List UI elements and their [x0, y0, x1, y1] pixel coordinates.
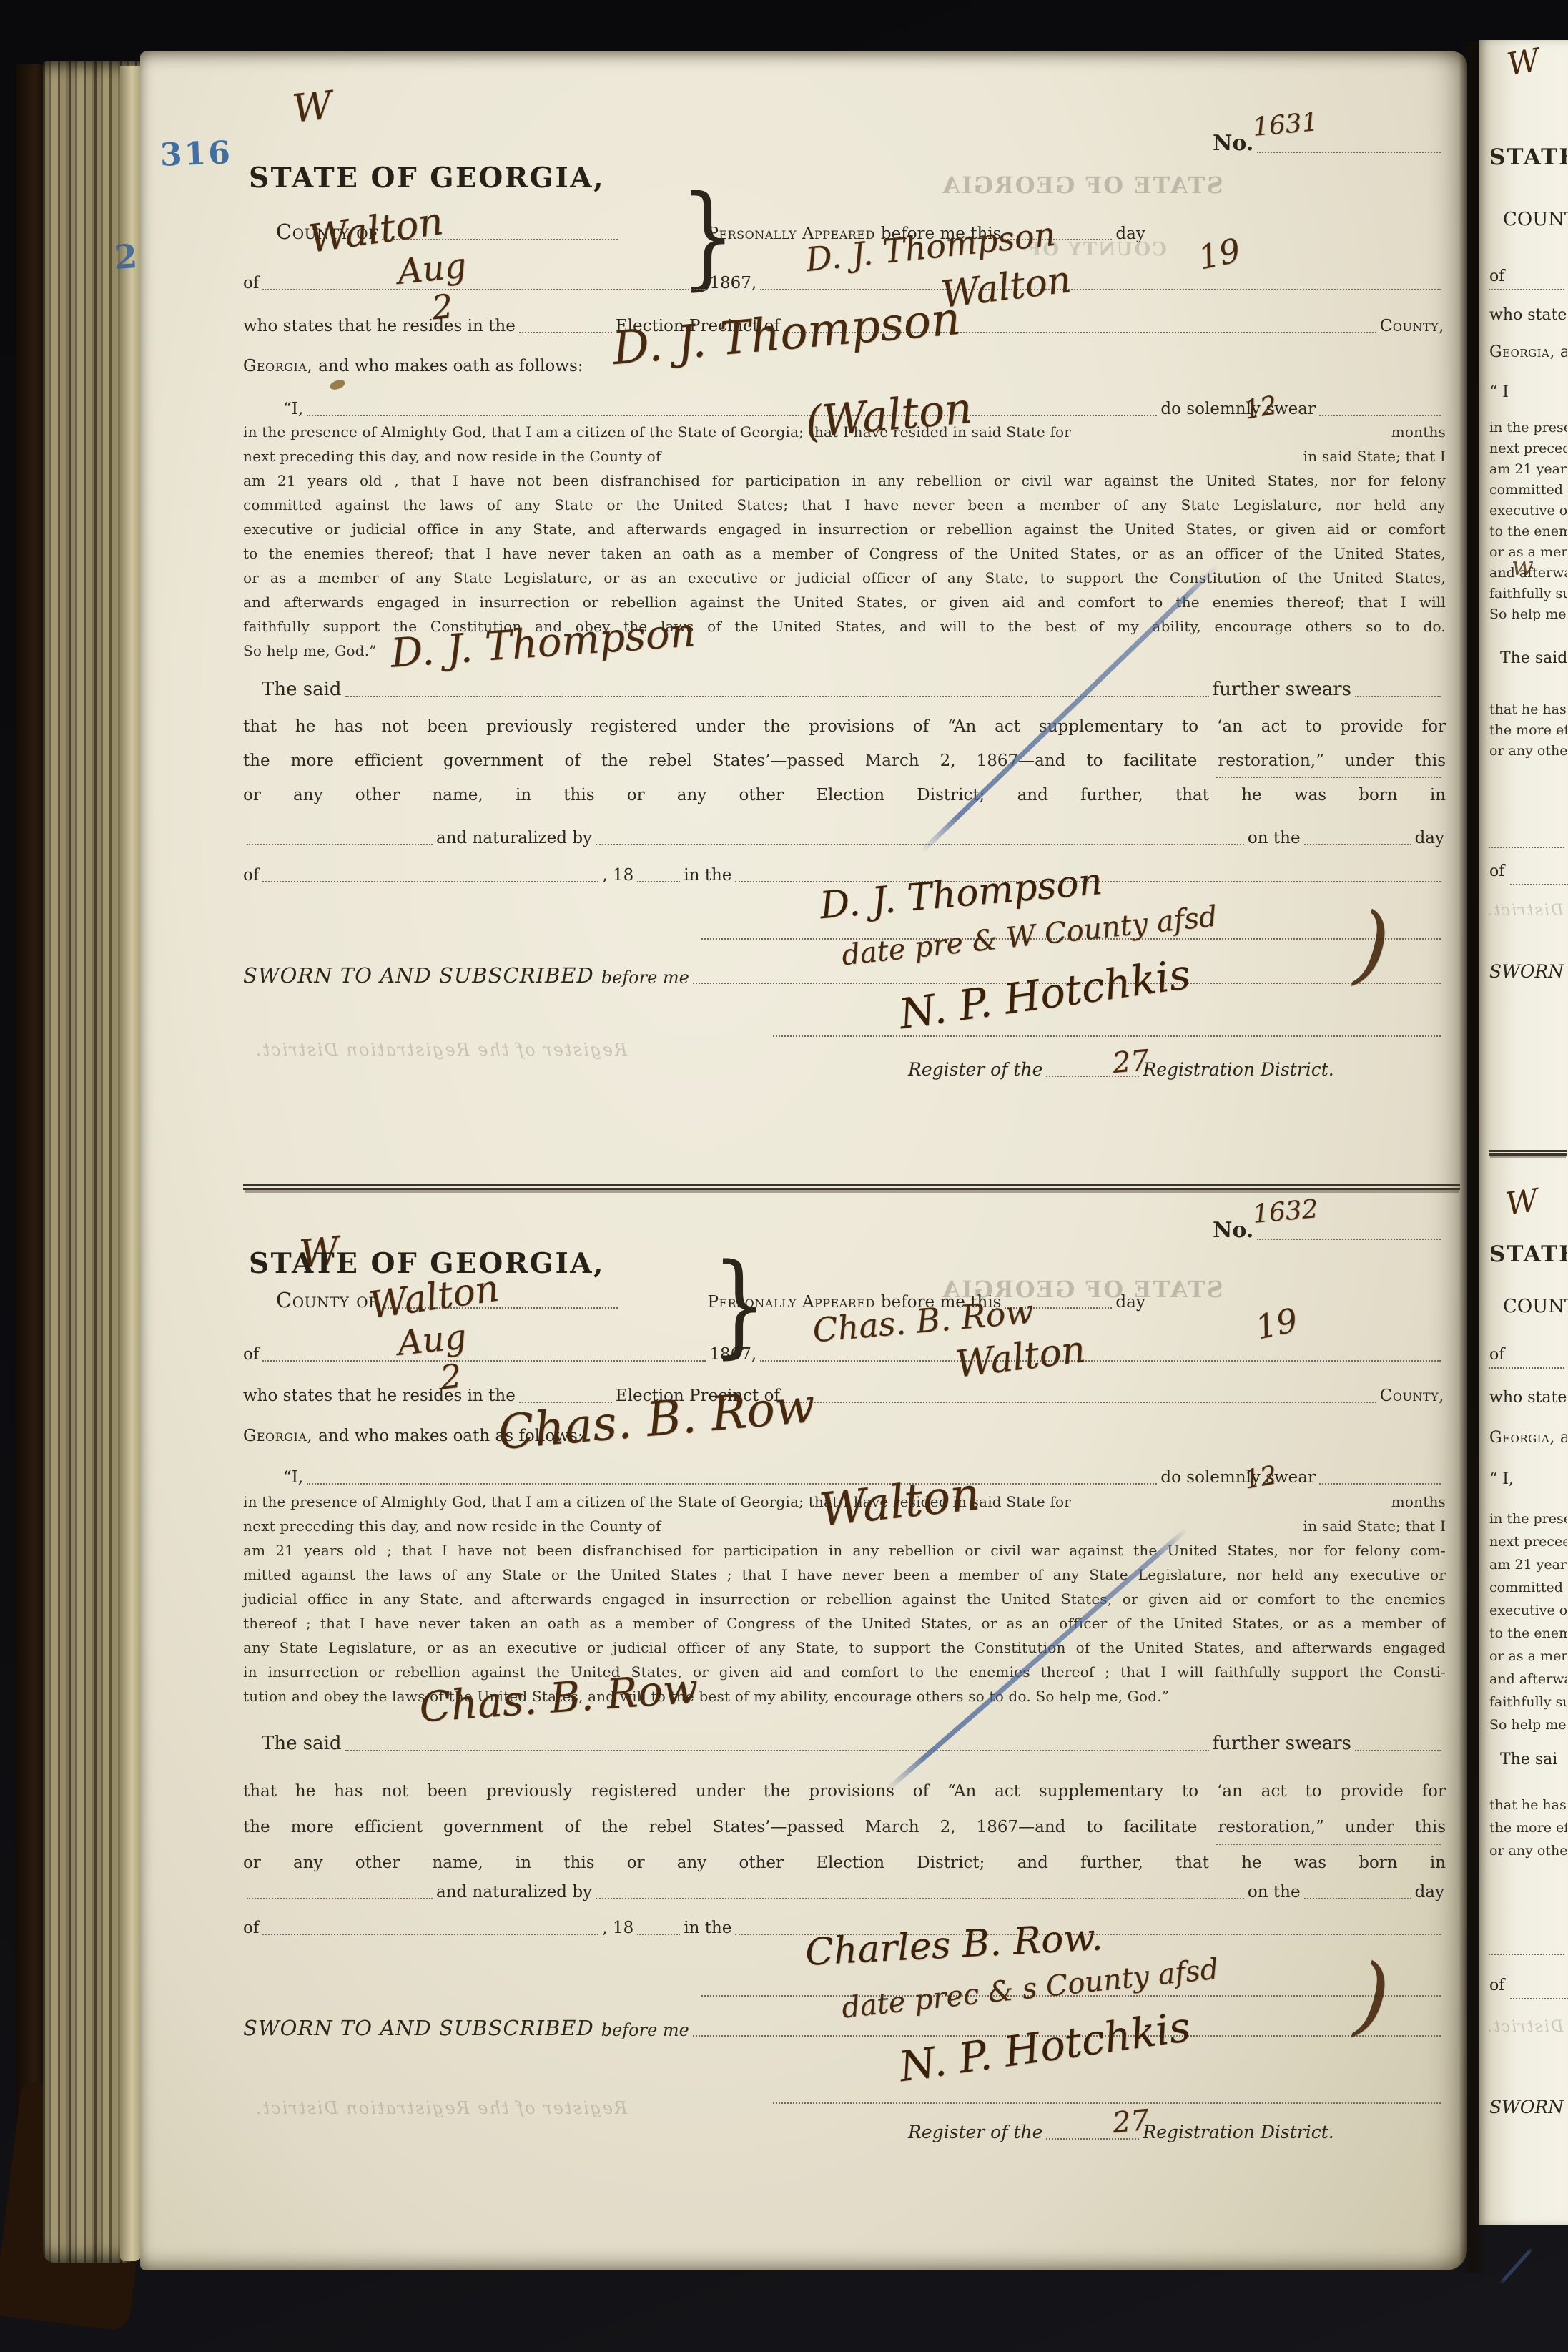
- dotted-line: [247, 1896, 433, 1899]
- right-oath-line: So help me, God.”: [1489, 604, 1567, 625]
- left-page: 316 STATE OF GEORGIA COUNTY OF Register …: [140, 51, 1467, 2270]
- dotted-line: [247, 842, 433, 845]
- pen-flourish-2: ): [1352, 1946, 1392, 2047]
- on-the-label-1: on the: [1248, 830, 1301, 848]
- right-oath-line: in the presence o: [1489, 1507, 1567, 1530]
- resides-row-2: who states that he resides in the Electi…: [243, 1387, 1444, 1406]
- right-reg-line: that he has: [1489, 1793, 1567, 1816]
- dotted-line: [1489, 1954, 1564, 1955]
- dotted-line: [1319, 1482, 1441, 1485]
- in-the-label-1: in the: [684, 867, 731, 885]
- before-me-label-2: before me: [601, 2021, 689, 2040]
- right-of-b: of: [1489, 1346, 1567, 1364]
- right-sworn-b: SWORN T: [1489, 2097, 1567, 2117]
- right-reg-line: that he has no: [1489, 699, 1567, 720]
- dotted-line: [262, 880, 598, 882]
- dotted-line: [773, 1034, 1441, 1037]
- right-oath-line: to the enemies t: [1489, 1622, 1567, 1645]
- further-swears-label-2: further swears: [1213, 1733, 1351, 1754]
- right-oath-line: executive or judici: [1489, 501, 1567, 521]
- right-georgia-a: Georgia, and v: [1489, 343, 1567, 361]
- right-reg-line: or any other n: [1489, 741, 1567, 762]
- right-reg-paragraph-a: that he has nothe more efficior any othe…: [1489, 699, 1567, 762]
- dotted-line: [262, 1359, 706, 1362]
- right-reg-line: or any other: [1489, 1839, 1567, 1862]
- right-county-a: COUNT: [1503, 209, 1568, 230]
- right-reg-line: the more effici: [1489, 720, 1567, 741]
- right-oath-line: and afterwards: [1489, 1668, 1567, 1691]
- dotted-line: [1304, 842, 1411, 845]
- naturalized-row-1: and naturalized by on the day: [243, 830, 1444, 848]
- page-edge-highlight: [120, 66, 142, 2261]
- right-resides-b: who states th: [1489, 1389, 1567, 1407]
- right-of2-a: of: [1489, 862, 1567, 880]
- born-in-dots-2: [1213, 1842, 1444, 1848]
- dotted-line: [262, 287, 706, 290]
- 18-label-1: , 18: [602, 867, 633, 885]
- register-row-1: Register of the Registration District.: [908, 1060, 1444, 1080]
- showthrough-right-b: tion District.: [1486, 2018, 1568, 2036]
- dotted-line: [596, 842, 1244, 845]
- district-number-handwriting-2: 27: [1111, 2104, 1150, 2140]
- day-label-2: day: [1115, 1294, 1145, 1312]
- supplementary-act-paragraph-1: that he has not been previously register…: [243, 709, 1446, 812]
- county-of-label-2: County of: [276, 1289, 378, 1312]
- dotted-line: [307, 1482, 1157, 1485]
- oath-line: committed against the laws of any State …: [243, 496, 1446, 521]
- day-value-handwriting-2: 19: [1252, 1301, 1301, 1347]
- dotted-line: [1216, 1842, 1441, 1845]
- the-said-label-1: The said: [262, 679, 342, 700]
- right-i-b: “ I,: [1489, 1470, 1567, 1488]
- registration-district-label-2: Registration District.: [1143, 2122, 1333, 2142]
- right-reg-line: the more eff: [1489, 1816, 1567, 1839]
- monogram-handwriting-1: W: [290, 82, 335, 131]
- day-label-1b: day: [1415, 830, 1444, 848]
- right-georgia-word-a: Georgia,: [1489, 343, 1555, 361]
- naturalized-row-2: and naturalized by on the day: [243, 1884, 1444, 1902]
- right-georgia-rest-a: and v: [1560, 343, 1567, 361]
- showthrough-register-1: Register of the Registration District.: [255, 1040, 627, 1060]
- supplementary-act-line: or any other name, in this or any other …: [243, 1845, 1446, 1881]
- i-label-1: “I,: [283, 400, 303, 419]
- further-swears-label-1: further swears: [1213, 679, 1351, 700]
- georgia-row-2: Georgia, and who makes oath as follows:: [243, 1427, 1444, 1446]
- county-suffix-2: County,: [1380, 1387, 1444, 1406]
- ink-blot: [329, 378, 347, 392]
- edge-number-stamp: 2: [113, 237, 139, 277]
- month-value-handwriting-1: Aug: [395, 245, 468, 292]
- right-page: W STATE O COUNT of who states tha Georgi…: [1479, 40, 1568, 2225]
- register-of-the-label-2: Register of the: [908, 2122, 1042, 2142]
- dotted-line: [1355, 1748, 1441, 1751]
- dotted-line: [1489, 1367, 1564, 1369]
- dotted-line: [345, 1748, 1209, 1751]
- register-signature-line-2: [769, 2101, 1444, 2107]
- dotted-line: [1216, 775, 1441, 778]
- right-said-b: The sai: [1500, 1751, 1568, 1768]
- georgia-word-1: Georgia,: [243, 358, 312, 376]
- right-oath-paragraph-a: in the presence onext preceding thiam 21…: [1489, 418, 1567, 625]
- right-form-divider: [1489, 1150, 1567, 1156]
- page-number-stamp: 316: [159, 134, 233, 173]
- monogram-handwriting-right-top: W: [1504, 41, 1542, 83]
- header-row-2: STATE OF GEORGIA,: [243, 1249, 1444, 1280]
- right-georgia-rest-b: and: [1560, 1429, 1567, 1447]
- dotted-line: [307, 413, 1157, 416]
- header-row-1: STATE OF GEORGIA,: [243, 163, 1444, 195]
- year-label-1: 1867,: [709, 275, 756, 293]
- supplementary-act-paragraph-2: that he has not been previously register…: [243, 1773, 1446, 1881]
- dotted-line: [1304, 1896, 1411, 1899]
- dotted-line: [784, 1400, 1376, 1403]
- dotted-line: [596, 1896, 1244, 1899]
- showthrough-register-2: Register of the Registration District.: [255, 2098, 627, 2118]
- georgia-row-1: Georgia, and who makes oath as follows:: [243, 358, 1444, 376]
- oath-line: next preceding this day, and now reside …: [243, 448, 1446, 472]
- register-signature-handwriting-2: N. P. Hotchkis: [896, 2002, 1193, 2091]
- right-of-a: of: [1489, 267, 1567, 285]
- months-value-handwriting-2: 12: [1242, 1460, 1279, 1495]
- record-number-row-2: No.: [1213, 1219, 1444, 1243]
- right-header-a: STATE O: [1489, 144, 1567, 170]
- dotted-line: [1257, 1237, 1441, 1240]
- oath-line: or as a member of any State Legislature,…: [243, 569, 1446, 594]
- right-header-b: STATE C: [1489, 1241, 1567, 1267]
- naturalized-label-2: and naturalized by: [436, 1884, 592, 1902]
- oath-line: and afterwards engaged in insurrection o…: [243, 594, 1446, 618]
- sworn-subscribed-label-1: SWORN TO AND SUBSCRIBED: [243, 964, 594, 987]
- registration-district-label-1: Registration District.: [1143, 1060, 1333, 1080]
- right-oath-paragraph-b: in the presence onext preceeding tam 21 …: [1489, 1507, 1567, 1736]
- record-number-value-2: 1632: [1251, 1194, 1319, 1229]
- oath-line: executive or judicial office in any Stat…: [243, 521, 1446, 545]
- right-oath-line: committed agains: [1489, 480, 1567, 501]
- dotted-line: [637, 1932, 680, 1935]
- dotted-line: [1510, 884, 1568, 885]
- right-oath-line: next preceeding t: [1489, 1530, 1567, 1553]
- right-oath-line: So help me, God.: [1489, 1713, 1567, 1736]
- district-number-handwriting-1: 27: [1111, 1044, 1150, 1080]
- dotted-line: [1489, 847, 1564, 848]
- oath-line2-post: in said State; that I: [1303, 448, 1446, 465]
- oath-line: am 21 years old , that I have not been d…: [243, 472, 1446, 496]
- i-label-2: “I,: [283, 1469, 303, 1487]
- record-number-value-1: 1631: [1251, 107, 1319, 142]
- of-label-2b: of: [243, 1919, 259, 1938]
- naturalized-label-1: and naturalized by: [436, 830, 592, 848]
- dotted-line: [1319, 413, 1441, 416]
- supplementary-act-line: that he has not been previously register…: [243, 709, 1446, 744]
- of-label-2: of: [243, 1346, 259, 1364]
- book-photo: 2 316 STATE OF GEORGIA COUNTY OF Registe…: [0, 0, 1568, 2352]
- supplementary-act-line: the more efficient government of the reb…: [243, 1809, 1446, 1845]
- georgia-rest-1: and who makes oath as follows:: [318, 358, 583, 376]
- dotted-line: [262, 1932, 598, 1935]
- oath-line: any State Legislature, or as an executiv…: [243, 1639, 1446, 1663]
- 18-label-2: , 18: [602, 1919, 633, 1938]
- day-label-2b: day: [1415, 1884, 1444, 1902]
- register-of-the-label-1: Register of the: [908, 1060, 1042, 1080]
- day-value-handwriting-1: 19: [1195, 231, 1243, 277]
- solemnly-swear-label-1: do solemnly swear: [1160, 400, 1316, 419]
- right-said-a: The said: [1500, 649, 1568, 667]
- supplementary-act-line: or any other name, in this or any other …: [243, 778, 1446, 812]
- right-county-b: COUNT: [1503, 1296, 1568, 1317]
- right-oath-line: committed agai: [1489, 1576, 1567, 1599]
- oath-line: judicial office in any State, and afterw…: [243, 1590, 1446, 1615]
- right-georgia-word-b: Georgia,: [1489, 1429, 1555, 1447]
- blue-pencil-mark-corner: [1499, 2248, 1534, 2285]
- no-label-2: No.: [1213, 1219, 1253, 1243]
- dotted-line: [1355, 694, 1441, 697]
- oath-line: thereof ; that I have never taken an oat…: [243, 1615, 1446, 1639]
- dotted-line: [1257, 150, 1441, 153]
- register-signature-handwriting-1: N. P. Hotchkis: [896, 950, 1193, 1038]
- right-georgia-b: Georgia, and: [1489, 1429, 1567, 1447]
- the-said-label-2: The said: [262, 1733, 342, 1754]
- oath-line2-text: next preceding this day, and now reside …: [243, 448, 661, 465]
- said-row-1: The said further swears: [243, 679, 1444, 700]
- resides-label-2: who states that he resides in the: [243, 1387, 516, 1406]
- right-oath-line: to the enemies the: [1489, 521, 1567, 542]
- precinct-number-handwriting-2: 2: [438, 1357, 463, 1397]
- months-label-1: months: [1391, 423, 1446, 441]
- before-me-label-1: before me: [601, 968, 689, 988]
- dotted-line: [773, 2101, 1441, 2104]
- dotted-line: [519, 330, 612, 333]
- oath-line: mitted against the laws of any State or …: [243, 1566, 1446, 1590]
- record-number-row-1: No.: [1213, 132, 1444, 156]
- right-oath-line: faithfully suppo: [1489, 1691, 1567, 1713]
- right-of2-b: of: [1489, 1977, 1567, 1994]
- register-signature-line-1: [769, 1034, 1444, 1040]
- dotted-line: [760, 1359, 1441, 1362]
- day-label-1: day: [1115, 225, 1145, 244]
- solemnly-swear-label-2: do solemnly swear: [1160, 1469, 1316, 1487]
- of-label-1b: of: [243, 867, 259, 885]
- oath-line2-post-2: in said State; that I: [1303, 1517, 1446, 1535]
- dotted-line: [1489, 289, 1564, 290]
- right-reg-paragraph-b: that he hasthe more effor any other: [1489, 1793, 1567, 1862]
- months-value-handwriting-1: 12: [1242, 390, 1279, 425]
- handwriting-mark-right-mid: w: [1512, 552, 1534, 581]
- state-of-georgia-heading-1: STATE OF GEORGIA,: [249, 163, 605, 195]
- oath-line: am 21 years old ; that I have not been d…: [243, 1542, 1446, 1566]
- dotted-line: [1510, 1998, 1568, 1999]
- of-label-1: of: [243, 275, 259, 293]
- monogram-handwriting-right-b: W: [1504, 1182, 1541, 1223]
- showthrough-right-a: Registration District.: [1486, 902, 1568, 920]
- born-in-dots-1: [1213, 775, 1444, 781]
- supplementary-act-line: the more efficient government of the reb…: [243, 744, 1446, 778]
- dotted-line: [760, 287, 1441, 290]
- pen-flourish-1: ): [1352, 895, 1392, 996]
- georgia-word-2: Georgia,: [243, 1427, 312, 1446]
- right-oath-line: or as a member: [1489, 1645, 1567, 1668]
- year-label-2: 1867,: [709, 1346, 756, 1364]
- right-oath-line: am 21 years old ;: [1489, 459, 1567, 480]
- county-suffix-1: County,: [1380, 318, 1444, 336]
- right-resides-a: who states tha: [1489, 306, 1567, 324]
- right-oath-line: executive or judi: [1489, 1599, 1567, 1622]
- precinct-name-handwriting-2: Walton: [953, 1328, 1088, 1387]
- oath-line: to the enemies thereof; that I have neve…: [243, 545, 1446, 569]
- dotted-line: [637, 880, 680, 882]
- months-label-2: months: [1391, 1493, 1446, 1510]
- right-oath-line: am 21 years old: [1489, 1553, 1567, 1576]
- right-oath-line: next preceding thi: [1489, 438, 1567, 459]
- no-label-1: No.: [1213, 132, 1253, 156]
- resides-label-1: who states that he resides in the: [243, 318, 516, 336]
- on-the-label-2: on the: [1248, 1884, 1301, 1902]
- in-the-label-2: in the: [684, 1919, 731, 1938]
- supplementary-act-line: that he has not been previously register…: [243, 1773, 1446, 1809]
- said-row-2: The said further swears: [243, 1733, 1444, 1754]
- right-oath-line: in the presence o: [1489, 418, 1567, 438]
- right-sworn-a: SWORN TO: [1489, 961, 1567, 982]
- register-row-2: Register of the Registration District.: [908, 2122, 1444, 2142]
- sworn-subscribed-label-2: SWORN TO AND SUBSCRIBED: [243, 2017, 594, 2039]
- form-divider: [243, 1184, 1460, 1190]
- right-i-a: “ I: [1489, 383, 1567, 401]
- state-of-georgia-heading-2: STATE OF GEORGIA,: [249, 1249, 605, 1280]
- right-oath-line: faithfully support: [1489, 584, 1567, 604]
- precinct-number-handwriting-1: 2: [430, 287, 455, 328]
- oath-line2-text-2: next preceding this day, and now reside …: [243, 1517, 661, 1535]
